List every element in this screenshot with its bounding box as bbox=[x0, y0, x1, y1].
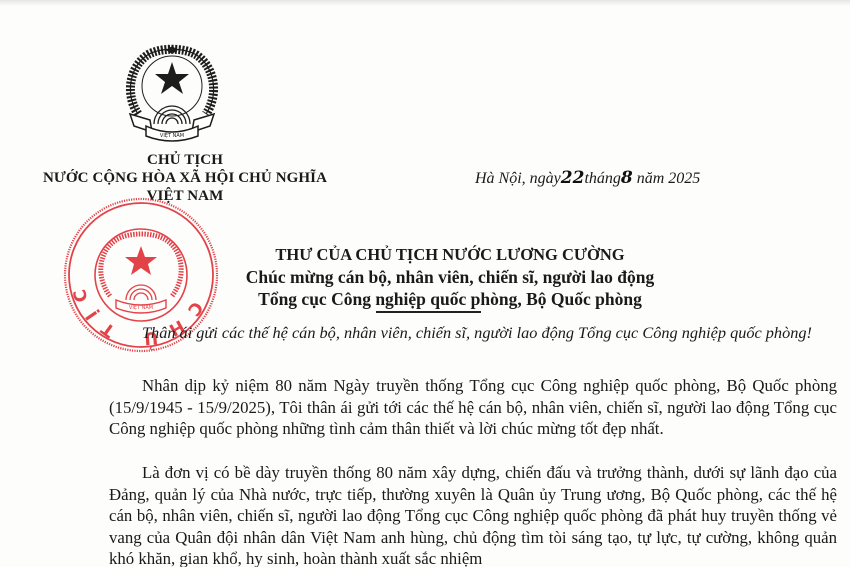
issuer-country-line: NƯỚC CỘNG HÒA XÃ HỘI CHỦ NGHĨA bbox=[30, 169, 340, 187]
title-line-2: Chúc mừng cán bộ, nhân viên, chiến sĩ, n… bbox=[195, 266, 705, 288]
title-underline bbox=[376, 311, 481, 313]
year-label: năm 2025 bbox=[637, 170, 701, 187]
title-line-1: THƯ CỦA CHỦ TỊCH NƯỚC LƯƠNG CƯỜNG bbox=[195, 244, 705, 266]
issuer-title: CHỦ TỊCH bbox=[30, 151, 340, 169]
handwritten-day: 22 bbox=[561, 168, 585, 188]
month-label: tháng bbox=[584, 170, 620, 187]
title-line-3: Tổng cục Công nghiệp quốc phòng, Bộ Quốc… bbox=[195, 288, 705, 310]
place-prefix: Hà Nội, ngày bbox=[475, 170, 561, 187]
body-paragraph-1: Nhân dịp kỷ niệm 80 năm Ngày truyền thốn… bbox=[109, 375, 837, 440]
svg-text:VIỆT NAM: VIỆT NAM bbox=[160, 131, 184, 139]
national-emblem-icon: VIỆT NAM bbox=[120, 44, 224, 148]
salutation: Thân ái gửi các thế hệ cán bộ, nhân viên… bbox=[109, 322, 839, 343]
svg-text:VIỆT NAM: VIỆT NAM bbox=[129, 303, 153, 311]
place-date: Hà Nội, ngày22tháng8 năm 2025 bbox=[475, 168, 700, 188]
letter-title: THƯ CỦA CHỦ TỊCH NƯỚC LƯƠNG CƯỜNG Chúc m… bbox=[195, 244, 705, 310]
body-paragraph-2: Là đơn vị có bề dày truyền thống 80 năm … bbox=[109, 462, 837, 567]
handwritten-month: 8 bbox=[621, 168, 633, 188]
scan-edge bbox=[0, 0, 850, 6]
